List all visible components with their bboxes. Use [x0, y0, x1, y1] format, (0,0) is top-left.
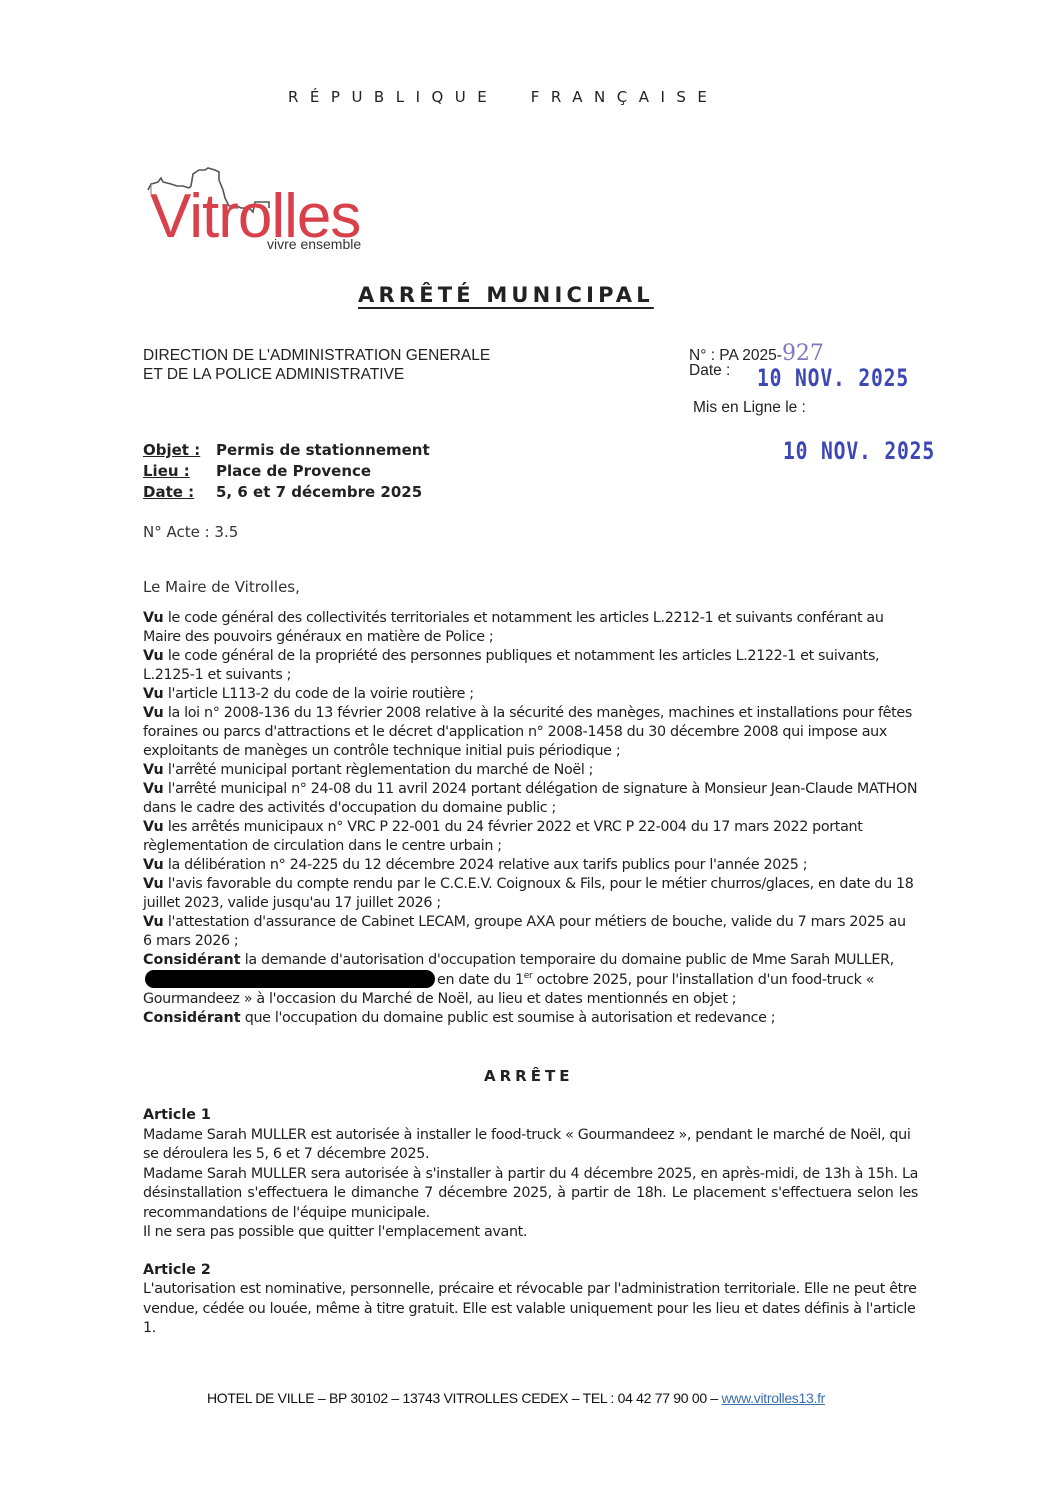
department-line-1: DIRECTION DE L'ADMINISTRATION GENERALE — [143, 346, 490, 365]
visa-text: le code général des collectivités territ… — [143, 610, 884, 645]
objet-label: Objet : — [143, 441, 200, 459]
handwritten-number: 927 — [782, 341, 824, 366]
visa-item: Vu le code général des collectivités ter… — [143, 609, 918, 647]
visa-item: Vu le code général de la propriété des p… — [143, 647, 918, 685]
online-date-label: Mis en Ligne le : — [693, 399, 806, 417]
visa-lead: Vu — [143, 876, 164, 892]
lieu-value: Place de Provence — [216, 461, 371, 482]
visa-text: l'avis favorable du compte rendu par le … — [143, 876, 914, 911]
visa-lead: Vu — [143, 781, 164, 797]
subject-block: Objet : Permis de stationnement Lieu : P… — [143, 440, 430, 503]
date-stamp: 10 NOV. 2025 — [757, 364, 909, 392]
visa-text: le code général de la propriété des pers… — [143, 648, 879, 683]
date-row-value: 5, 6 et 7 décembre 2025 — [216, 482, 422, 503]
considerant-2: Considérant que l'occupation du domaine … — [143, 1009, 918, 1028]
visa-lead: Vu — [143, 914, 164, 930]
visa-lead: Vu — [143, 686, 164, 702]
lieu-row: Lieu : Place de Provence — [143, 461, 430, 482]
footer: HOTEL DE VILLE – BP 30102 – 13743 VITROL… — [207, 1390, 825, 1406]
visas-list: Vu le code général des collectivités ter… — [143, 609, 918, 951]
online-date-stamp: 10 NOV. 2025 — [783, 437, 935, 465]
visa-text: l'article L113-2 du code de la voirie ro… — [164, 686, 474, 702]
issuing-department: DIRECTION DE L'ADMINISTRATION GENERALE E… — [143, 346, 490, 384]
visa-lead: Vu — [143, 857, 164, 873]
visa-lead: Vu — [143, 819, 164, 835]
visa-item: Vu l'arrêté municipal portant règlementa… — [143, 761, 918, 780]
visa-lead: Vu — [143, 648, 164, 664]
visa-text: l'arrêté municipal n° 24-08 du 11 avril … — [143, 781, 917, 816]
visa-item: Vu l'attestation d'assurance de Cabinet … — [143, 913, 918, 951]
visa-item: Vu les arrêtés municipaux n° VRC P 22-00… — [143, 818, 918, 856]
objet-row: Objet : Permis de stationnement — [143, 440, 430, 461]
visa-text: la délibération n° 24-225 du 12 décembre… — [164, 857, 807, 873]
visa-lead: Vu — [143, 610, 164, 626]
article-paragraph: L'autorisation est nominative, personnel… — [143, 1280, 918, 1339]
article-2: Article 2L'autorisation est nominative, … — [143, 1261, 918, 1339]
date-label: Date : — [689, 362, 730, 380]
visa-text: l'attestation d'assurance de Cabinet LEC… — [143, 914, 906, 949]
department-line-2: ET DE LA POLICE ADMINISTRATIVE — [143, 365, 490, 384]
considerant-text: la demande d'autorisation d'occupation t… — [241, 952, 894, 968]
article-title: Article 2 — [143, 1261, 918, 1281]
visa-text: l'arrêté municipal portant règlementatio… — [164, 762, 593, 778]
document-title: ARRÊTÉ MUNICIPAL — [358, 283, 654, 307]
article-paragraph: Il ne sera pas possible que quitter l'em… — [143, 1223, 918, 1243]
logo-tagline: vivre ensemble — [267, 236, 361, 252]
visa-text: la loi n° 2008-136 du 13 février 2008 re… — [143, 705, 912, 759]
date-row-label: Date : — [143, 483, 194, 501]
visa-item: Vu la loi n° 2008-136 du 13 février 2008… — [143, 704, 918, 761]
article-paragraph: Madame Sarah MULLER sera autorisée à s'i… — [143, 1165, 918, 1224]
considerant-1: Considérant la demande d'autorisation d'… — [143, 951, 918, 1009]
republique-francaise-heading: RÉPUBLIQUE FRANÇAISE — [288, 88, 718, 106]
arrete-heading: ARRÊTE — [484, 1067, 573, 1085]
acte-number: N° Acte : 3.5 — [143, 523, 238, 541]
footer-address: HOTEL DE VILLE – BP 30102 – 13743 VITROL… — [207, 1390, 722, 1406]
visa-lead: Vu — [143, 762, 164, 778]
article-title: Article 1 — [143, 1106, 918, 1126]
article-paragraph: Madame Sarah MULLER est autorisée à inst… — [143, 1126, 918, 1165]
considerant-text: que l'occupation du domaine public est s… — [241, 1010, 776, 1026]
visa-item: Vu l'arrêté municipal n° 24-08 du 11 avr… — [143, 780, 918, 818]
objet-value: Permis de stationnement — [216, 440, 430, 461]
visa-item: Vu l'avis favorable du compte rendu par … — [143, 875, 918, 913]
considerant-lead: Considérant — [143, 1010, 241, 1026]
redacted-block — [145, 970, 435, 988]
visa-text: les arrêtés municipaux n° VRC P 22-001 d… — [143, 819, 862, 854]
visa-lead: Vu — [143, 705, 164, 721]
articles: Article 1Madame Sarah MULLER est autoris… — [143, 1106, 918, 1357]
visa-item: Vu l'article L113-2 du code de la voirie… — [143, 685, 918, 704]
considerant-lead: Considérant — [143, 952, 241, 968]
lieu-label: Lieu : — [143, 462, 190, 480]
considerant-text-2: en date du 1 — [437, 972, 524, 988]
preamble: Vu le code général des collectivités ter… — [143, 609, 918, 1028]
website-link[interactable]: www.vitrolles13.fr — [722, 1390, 826, 1406]
visa-item: Vu la délibération n° 24-225 du 12 décem… — [143, 856, 918, 875]
mayor-intro: Le Maire de Vitrolles, — [143, 578, 300, 596]
date-row: Date : 5, 6 et 7 décembre 2025 — [143, 482, 430, 503]
article-1: Article 1Madame Sarah MULLER est autoris… — [143, 1106, 918, 1243]
